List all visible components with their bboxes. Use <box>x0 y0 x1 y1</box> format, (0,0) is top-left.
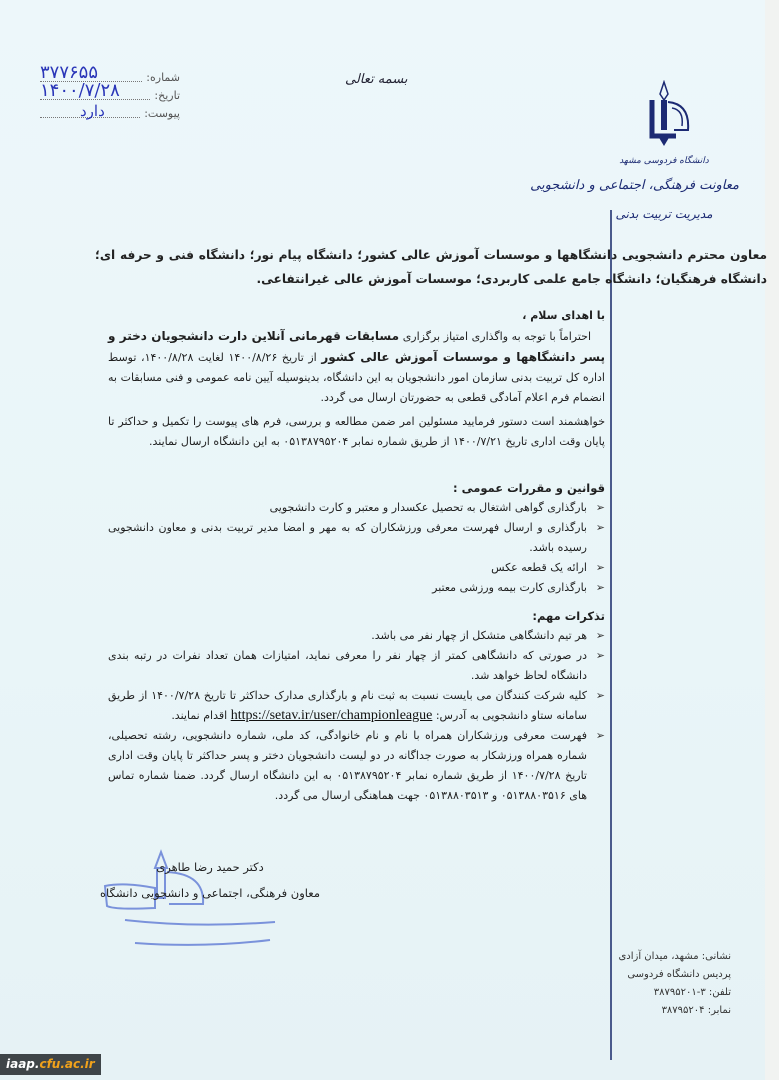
notes-section: تذکرات مهم: هر تیم دانشگاهی متشکل از چها… <box>108 606 605 806</box>
address-line-1: نشانی: مشهد، میدان آزادی <box>611 948 731 966</box>
note-item: کلیه شرکت کنندگان می بایست نسبت به ثبت ن… <box>108 686 587 726</box>
date-value: ۱۴۰۰/۷/۲۸ <box>40 80 120 101</box>
note3-end: اقدام نمایند. <box>171 709 230 722</box>
paragraph-1: احتراماً با توجه به واگذاری امتیاز برگزا… <box>108 326 605 408</box>
signer-title: معاون فرهنگی، اجتماعی و دانشجویی دانشگاه <box>85 886 335 900</box>
note-item: هر تیم دانشگاهی متشکل از چهار نفر می باش… <box>108 626 587 646</box>
note-item: فهرست معرفی ورزشکاران همراه با نام و نام… <box>108 726 587 806</box>
number-label: شماره: <box>146 71 180 84</box>
note-item: در صورتی که دانشگاهی کمتر از چهار نفر را… <box>108 646 587 686</box>
letter-meta: شماره: ۳۷۷۶۵۵ تاریخ: ۱۴۰۰/۷/۲۸ پیوست: دا… <box>40 68 180 122</box>
rule-item: ارائه یک قطعه عکس <box>108 558 587 578</box>
attachment-label: پیوست: <box>144 107 180 120</box>
phone: تلفن: ۳-۳۸۷۹۵۲۰۱ <box>611 984 731 1002</box>
rule-item: بارگذاری گواهی اشتغال به تحصیل عکسدار و … <box>108 498 587 518</box>
paragraph-2: خواهشمند است دستور فرمایید مسئولین امر ض… <box>108 412 605 452</box>
date-label: تاریخ: <box>154 89 180 102</box>
date-row: تاریخ: ۱۴۰۰/۷/۲۸ <box>40 86 180 104</box>
rules-section: قوانین و مقررات عمومی : بارگذاری گواهی ا… <box>108 478 605 598</box>
signature-block: دکتر حمید رضا طاهری معاون فرهنگی، اجتماع… <box>85 860 335 900</box>
attachment-value: دارد <box>80 102 105 120</box>
fax: نمابر: ۳۸۷۹۵۲۰۴ <box>611 1002 731 1020</box>
rule-item: بارگذاری و ارسال فهرست معرفی ورزشکاران ک… <box>108 518 587 558</box>
letterhead: دانشگاه فردوسی مشهد معاونت فرهنگی، اجتما… <box>589 80 739 221</box>
margin-divider <box>610 210 612 1060</box>
site-watermark: iaap.cfu.ac.ir <box>0 1054 101 1075</box>
rule-item: بارگذاری کارت بیمه ورزشی معتبر <box>108 578 587 598</box>
university-name: دانشگاه فردوسی مشهد <box>589 156 739 166</box>
notes-title: تذکرات مهم: <box>108 606 605 626</box>
deputy-title: معاونت فرهنگی، اجتماعی و دانشجویی <box>589 178 739 193</box>
rules-list: بارگذاری گواهی اشتغال به تحصیل عکسدار و … <box>108 498 605 598</box>
watermark-prefix: iaap. <box>6 1057 39 1071</box>
recipients: معاون محترم دانشجویی دانشگاهها و موسسات … <box>95 243 767 291</box>
university-logo-icon <box>634 80 694 150</box>
registration-link[interactable]: https://setav.ir/user/championleague <box>231 708 433 723</box>
signer-name: دکتر حمید رضا طاهری <box>85 860 335 874</box>
address-line-2: پردیس دانشگاه فردوسی <box>611 966 731 984</box>
greeting: با اهدای سلام ، <box>108 306 605 326</box>
bismillah: بسمه تعالی <box>345 72 407 87</box>
scan-edge <box>765 0 779 1080</box>
attachment-row: پیوست: دارد <box>40 104 180 122</box>
address-block: نشانی: مشهد، میدان آزادی پردیس دانشگاه ف… <box>611 948 731 1020</box>
para1-intro: احتراماً با توجه به واگذاری امتیاز برگزا… <box>399 330 591 343</box>
rules-title: قوانین و مقررات عمومی : <box>108 478 605 498</box>
watermark-domain: cfu.ac.ir <box>39 1057 94 1071</box>
notes-list: هر تیم دانشگاهی متشکل از چهار نفر می باش… <box>108 626 605 806</box>
